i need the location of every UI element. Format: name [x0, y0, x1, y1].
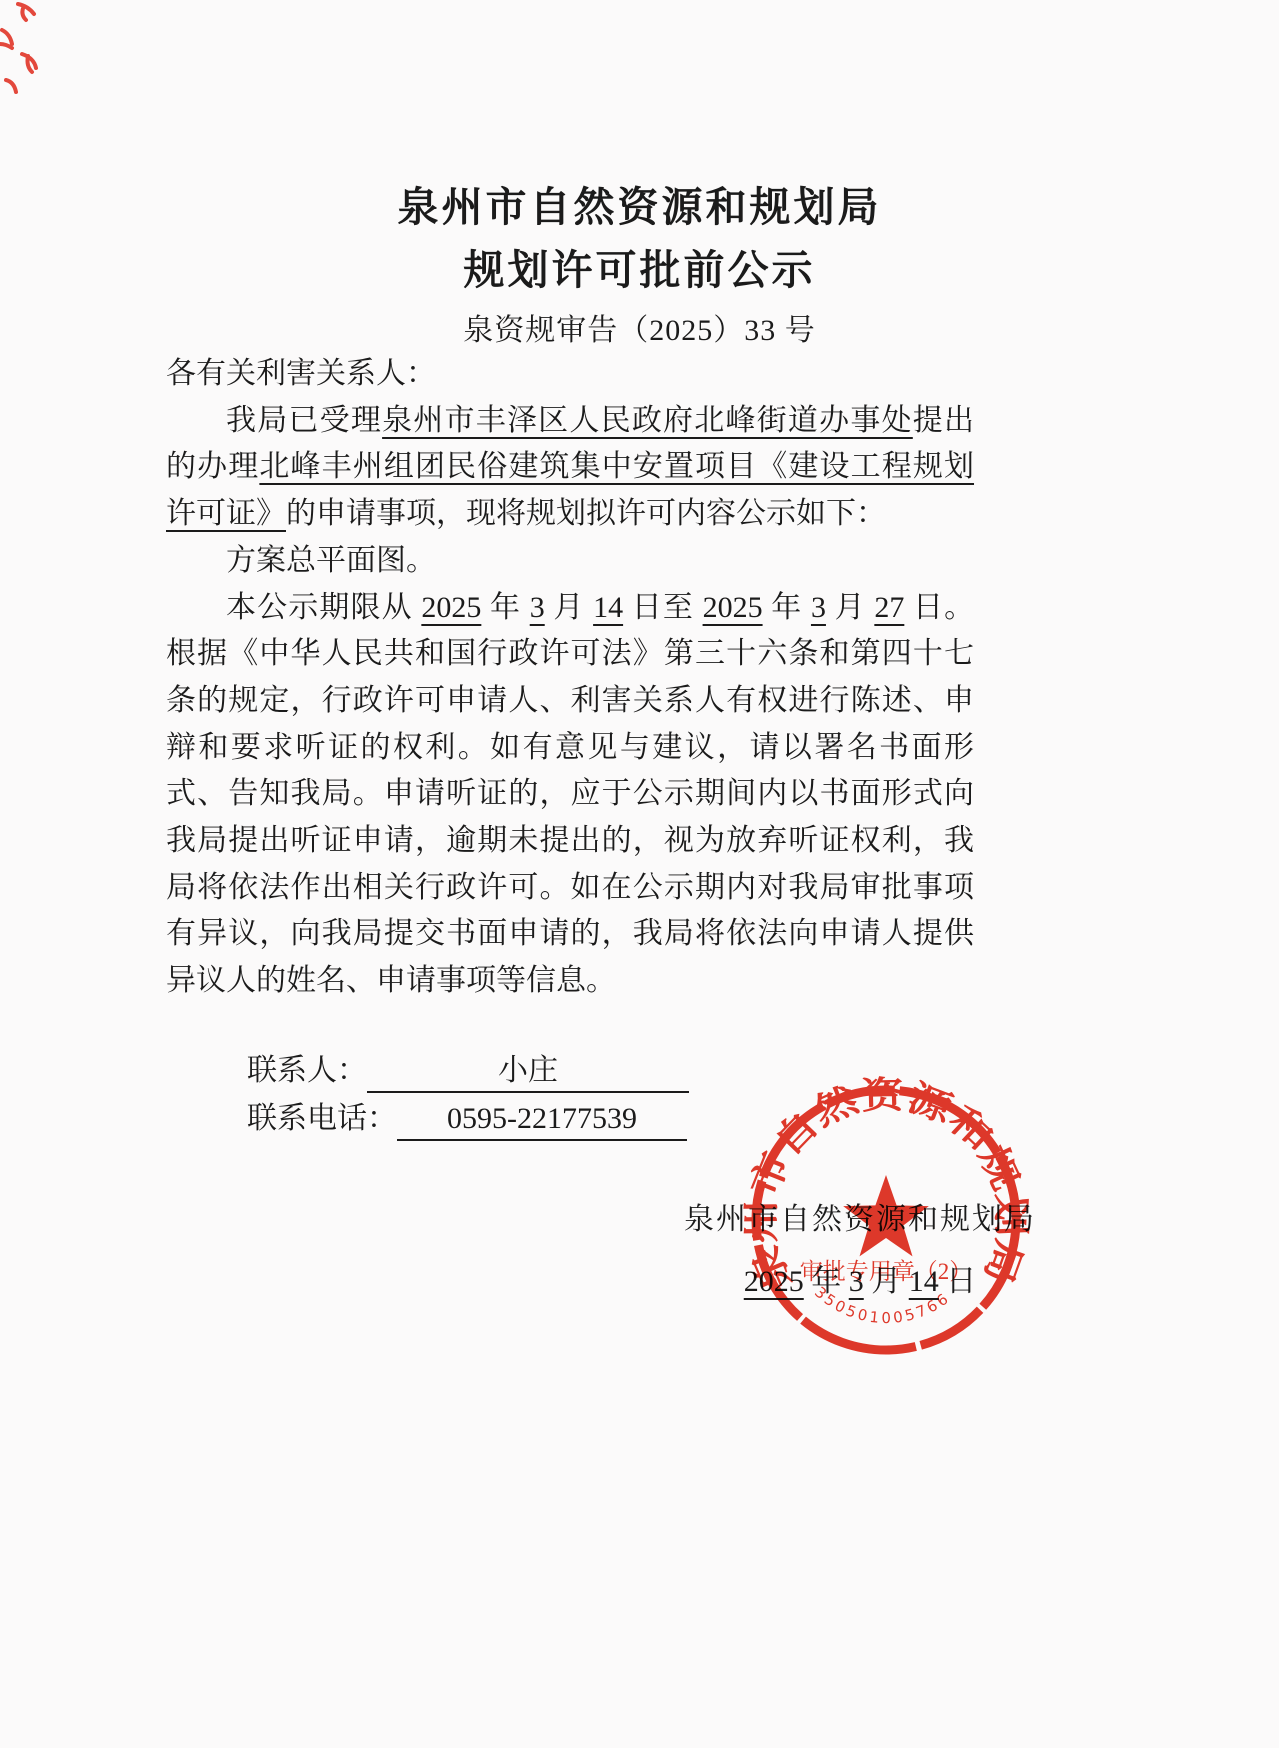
sep-month1: 月 [545, 591, 593, 624]
applicant-name-underlined: 泉州市丰泽区人民政府北峰街道办事处 [382, 404, 913, 437]
seal-star-icon [843, 1175, 929, 1256]
contact-phone-label: 联系电话： [247, 1102, 397, 1135]
start-year: 2025 [421, 591, 481, 624]
contact-person-value: 小庄 [367, 1051, 689, 1093]
salutation: 各有关利害关系人： [166, 351, 974, 398]
end-month: 3 [811, 591, 826, 624]
sep-year1: 年 [481, 591, 529, 624]
paragraph-notice: 本公示期限从 2025 年 3 月 14 日至 2025 年 3 月 27 日。… [166, 585, 974, 1005]
notice-seg1: 本公示期限从 [226, 591, 421, 624]
document-number: 泉资规审告（2025）33 号 [0, 310, 1279, 352]
end-day: 27 [874, 591, 904, 624]
start-month: 3 [530, 591, 545, 624]
notice-seg3: 日。根据《中华人民共和国行政许可法》第三十六条和第四十七条的规定，行政许可申请人… [166, 591, 974, 998]
sep-month2: 月 [826, 591, 874, 624]
contact-phone-row: 联系电话：0595-22177539 [247, 1097, 689, 1145]
official-seal: 泉州市自然资源和规划局 审批专用章（2） 350501005766 [741, 1075, 1031, 1365]
document-header: 泉州市自然资源和规划局 规划许可批前公示 泉资规审告（2025）33 号 [0, 176, 1279, 352]
end-year: 2025 [703, 591, 763, 624]
intro-seg1: 我局已受理 [226, 404, 382, 437]
paragraph-plan: 方案总平面图。 [166, 538, 974, 585]
contact-person-row: 联系人：小庄 [247, 1049, 689, 1097]
seal-inner-text: 审批专用章（2） [800, 1259, 973, 1284]
sep-year2: 年 [763, 591, 811, 624]
plan-text: 方案总平面图。 [226, 544, 436, 577]
page-title-line2: 规划许可批前公示 [0, 239, 1279, 302]
contact-person-label: 联系人： [247, 1054, 367, 1087]
notice-seg2: 日至 [623, 591, 702, 624]
page-title-line1: 泉州市自然资源和规划局 [0, 176, 1279, 239]
contact-phone-value: 0595-22177539 [397, 1099, 687, 1141]
seal-code: 350501005766 [811, 1283, 954, 1327]
document-body: 各有关利害关系人： 我局已受理泉州市丰泽区人民政府北峰街道办事处提出的办理北峰丰… [166, 351, 974, 1005]
document-page: 泉州市自然资源和规划局 规划许可批前公示 泉资规审告（2025）33 号 各有关… [0, 0, 1279, 1748]
salutation-text: 各有关利害关系人： [166, 357, 436, 390]
contact-block: 联系人：小庄 联系电话：0595-22177539 [247, 1049, 689, 1145]
start-day: 14 [593, 591, 623, 624]
paragraph-intro: 我局已受理泉州市丰泽区人民政府北峰街道办事处提出的办理北峰丰州组团民俗建筑集中安… [166, 398, 974, 538]
red-ink-marks [0, 0, 52, 104]
svg-text:350501005766: 350501005766 [811, 1283, 954, 1327]
intro-seg5: 的申请事项，现将规划拟许可内容公示如下： [286, 497, 886, 530]
